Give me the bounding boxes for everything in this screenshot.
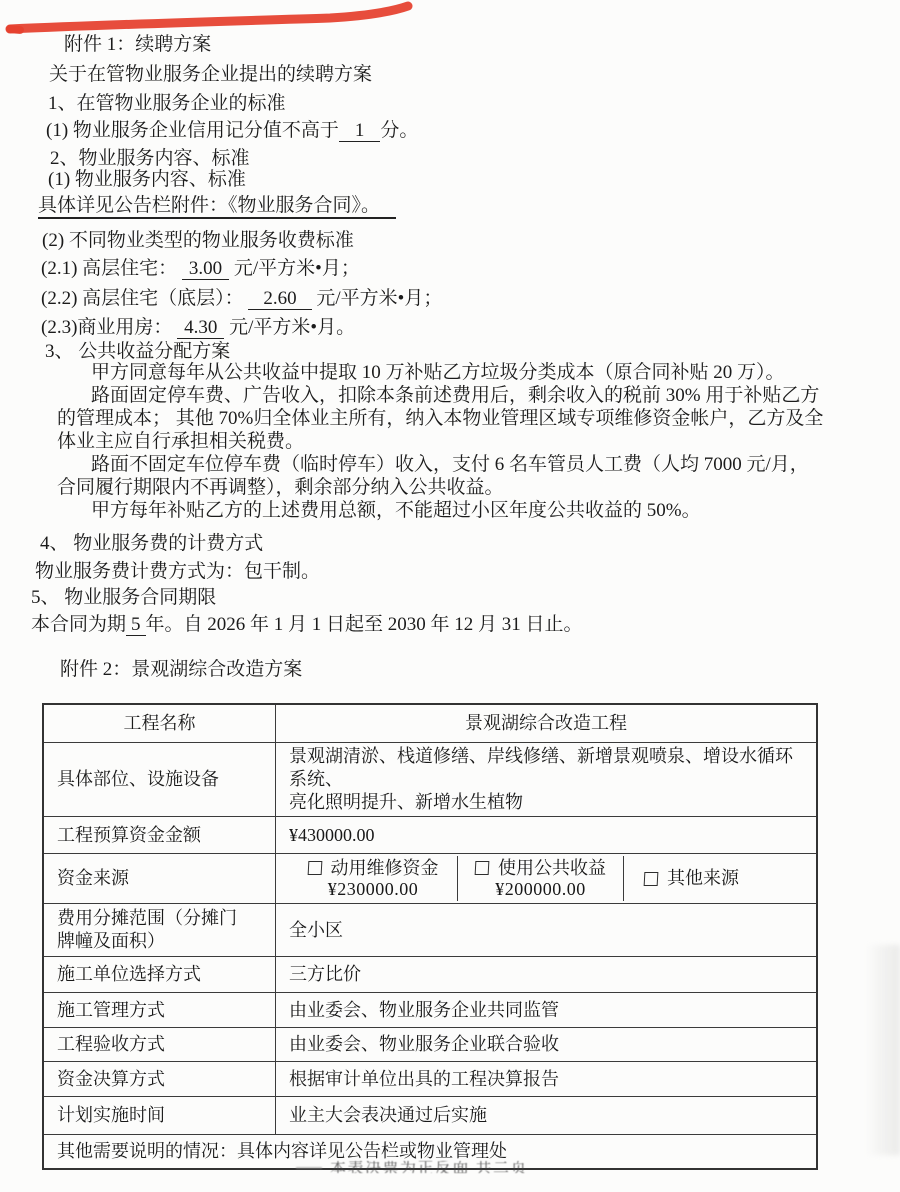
table-cell-value: 业主大会表决通过后实施	[276, 1097, 818, 1135]
table-cell-label: 具体部位、设施设备	[43, 743, 276, 817]
table-row-implementation-time: 计划实施时间 业主大会表决通过后实施	[43, 1097, 817, 1135]
option-amount: ¥200000.00	[495, 879, 586, 900]
table-row-acceptance: 工程验收方式 由业委会、物业服务企业联合验收	[43, 1028, 817, 1062]
scope-line-1: 景观湖清淤、栈道修缮、岸线修缮、新增景观喷泉、增设水循环系统、	[289, 745, 803, 791]
table-cell-label: 工程验收方式	[43, 1028, 276, 1062]
table-row-funding-source: 资金来源 动用维修资金 ¥230000.00 使用公共收益 ¥200000.00…	[43, 854, 817, 904]
option-label: 动用维修资金	[331, 858, 439, 879]
fee3-blank: 4.30	[177, 317, 224, 339]
table-row-cost-sharing: 费用分摊范围（分摊门 牌幢及面积） 全小区	[43, 904, 817, 957]
funding-option-repair-fund: 动用维修资金 ¥230000.00	[289, 856, 458, 901]
table-cell-label: 费用分摊范围（分摊门 牌幢及面积）	[43, 904, 276, 957]
table-row-settlement: 资金决算方式 根据审计单位出具的工程决算报告	[43, 1062, 817, 1097]
table-cell-value: 根据审计单位出具的工程决算报告	[276, 1062, 818, 1097]
table-cell-value: 由业委会、物业服务企业共同监管	[276, 993, 818, 1028]
sec2-note: 具体详见公告栏附件：《物业服务合同》。	[38, 194, 396, 218]
funding-option-public-income: 使用公共收益 ¥200000.00	[458, 856, 624, 901]
fee2-pre: (2.2) 高层住宅（底层）：	[41, 288, 244, 309]
sec1-heading: 1、在管物业服务企业的标准	[48, 92, 286, 116]
table-row-contractor-selection: 施工单位选择方式 三方比价	[43, 957, 817, 993]
table-cell-label: 工程预算资金金额	[43, 817, 276, 854]
fee1-blank: 3.00	[182, 258, 229, 280]
table-cell-value: 全小区	[276, 904, 818, 957]
option-amount: ¥230000.00	[328, 879, 419, 900]
table-cell-value: ¥430000.00	[276, 817, 818, 854]
option-label: 使用公共收益	[498, 858, 606, 879]
fee1-pre: (2.1) 高层住宅：	[41, 258, 177, 279]
fee-line-highrise: (2.1) 高层住宅： 3.00 元/平方米•月；	[41, 257, 360, 281]
table-row-construction-management: 施工管理方式 由业委会、物业服务企业共同监管	[43, 993, 817, 1028]
scope-line-2: 亮化照明提升、新增水生植物	[289, 791, 803, 814]
attachment1-subtitle: 关于在管物业服务企业提出的续聘方案	[49, 63, 372, 87]
sec3-line-7: 甲方每年补贴乙方的上述费用总额，不能超过小区年度公共收益的 50%。	[91, 499, 701, 522]
sec4-text: 物业服务费计费方式为：包干制。	[35, 560, 320, 584]
fee3-post: 元/平方米•月。	[229, 317, 355, 338]
scanned-document-page: 附件 1：续聘方案 关于在管物业服务企业提出的续聘方案 1、在管物业服务企业的标…	[0, 0, 900, 1192]
sec5-post: 年。自 2026 年 1 月 1 日起至 2030 年 12 月 31 日止。	[146, 614, 583, 635]
sec5-pre: 本合同为期	[31, 614, 126, 635]
label-line-2: 牌幢及面积）	[57, 930, 262, 953]
table-cell-label: 资金决算方式	[43, 1062, 276, 1097]
fee2-blank: 2.60	[248, 288, 311, 310]
funding-options: 动用维修资金 ¥230000.00 使用公共收益 ¥200000.00 其他来源	[289, 856, 803, 901]
checkbox-icon	[307, 861, 322, 875]
fee-line-highrise-ground: (2.2) 高层住宅（底层）： 2.60 元/平方米•月；	[41, 287, 442, 311]
checkbox-icon	[644, 872, 659, 886]
contract-years-blank: 5	[126, 614, 146, 636]
sec3-line-4: 体业主应自行承担相关税费。	[57, 430, 304, 453]
label-line-1: 费用分摊范围（分摊门	[57, 907, 262, 930]
fee1-post: 元/平方米•月；	[234, 258, 360, 279]
sec3-line-3: 的管理成本； 其他 70%归全体业主所有，纳入本物业管理区域专项维修资金帐户，乙…	[57, 407, 823, 430]
scan-smudge	[866, 945, 900, 1155]
sec2-item2: (2) 不同物业类型的物业服务收费标准	[42, 229, 354, 253]
table-cell-value: 三方比价	[276, 957, 818, 993]
funding-option-other: 其他来源	[624, 856, 803, 901]
table-row-scope: 具体部位、设施设备 景观湖清淤、栈道修缮、岸线修缮、新增景观喷泉、增设水循环系统…	[43, 743, 817, 817]
table-cell-label: 资金来源	[43, 854, 276, 904]
renovation-plan-table: 工程名称 景观湖综合改造工程 具体部位、设施设备 景观湖清淤、栈道修缮、岸线修缮…	[42, 703, 818, 1170]
sec1-item-post: 分。	[380, 120, 418, 141]
option-label: 其他来源	[667, 868, 739, 889]
sec5-heading: 5、 物业服务合同期限	[31, 586, 216, 610]
sec3-line-5: 路面不固定车位停车费（临时停车）收入，支付 6 名车管员人工费（人均 7000 …	[91, 453, 809, 476]
attachment2-title: 附件 2：景观湖综合改造方案	[60, 658, 302, 682]
table-cell-label: 计划实施时间	[43, 1097, 276, 1135]
checkbox-icon	[475, 861, 490, 875]
scan-dash-artifact	[296, 1167, 322, 1169]
table-cell-value: 景观湖清淤、栈道修缮、岸线修缮、新增景观喷泉、增设水循环系统、 亮化照明提升、新…	[276, 743, 818, 817]
table-row-budget: 工程预算资金金额 ¥430000.00	[43, 817, 817, 854]
table-cell-label: 工程名称	[43, 704, 276, 743]
table-row-project-name: 工程名称 景观湖综合改造工程	[43, 704, 817, 743]
fee2-post: 元/平方米•月；	[316, 288, 442, 309]
sec1-item-pre: (1) 物业服务企业信用记分值不高于	[46, 120, 339, 141]
fee3-pre: (2.3)商业用房：	[41, 317, 172, 338]
table-cell-value: 由业委会、物业服务企业联合验收	[276, 1028, 818, 1062]
sec3-line-2: 路面固定停车费、广告收入，扣除本条前述费用后，剩余收入的税前 30% 用于补贴乙…	[91, 384, 819, 407]
sec5-contract-term: 本合同为期5年。自 2026 年 1 月 1 日起至 2030 年 12 月 3…	[31, 613, 583, 637]
faded-footer-text: 本表决票为正反面 共二页	[330, 1161, 550, 1173]
sec3-line-1: 甲方同意每年从公共收益中提取 10 万补贴乙方垃圾分类成本（原合同补贴 20 万…	[91, 361, 785, 384]
table-cell-label: 施工管理方式	[43, 993, 276, 1028]
table-cell-value: 景观湖综合改造工程	[276, 704, 818, 743]
table-cell-label: 施工单位选择方式	[43, 957, 276, 993]
sec4-heading: 4、 物业服务费的计费方式	[40, 532, 263, 556]
sec3-line-6: 合同履行期限内不再调整），剩余部分纳入公共收益。	[57, 476, 504, 499]
funding-options-cell: 动用维修资金 ¥230000.00 使用公共收益 ¥200000.00 其他来源	[276, 854, 818, 904]
credit-score-blank: 1	[339, 120, 381, 142]
fee-line-commercial: (2.3)商业用房： 4.30 元/平方米•月。	[41, 316, 355, 340]
sec1-item-credit-score: (1) 物业服务企业信用记分值不高于1分。	[46, 119, 418, 143]
red-marker-line	[0, 0, 430, 40]
sec2-item1: (1) 物业服务内容、标准	[48, 168, 246, 192]
sec2-note-text: 具体详见公告栏附件：《物业服务合同》。	[38, 195, 396, 219]
